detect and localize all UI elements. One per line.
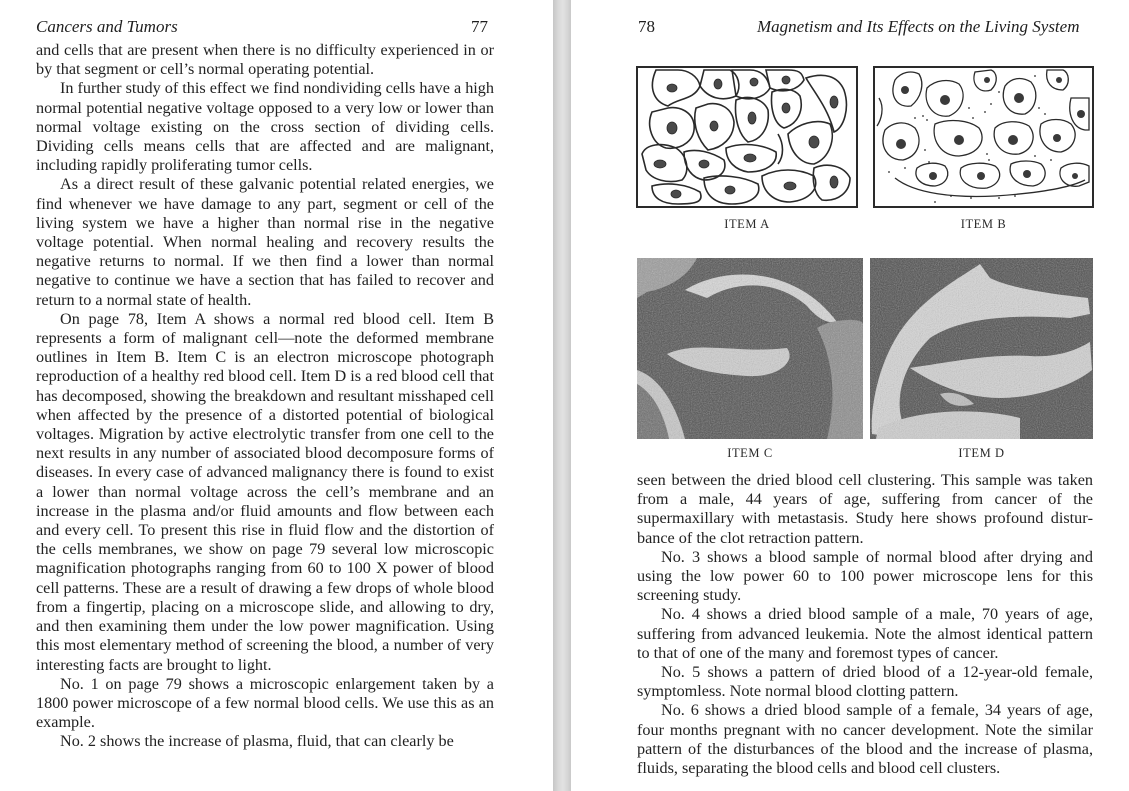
paragraph: No. 5 shows a pattern of dried blood of … [637,663,1093,701]
page-number: 78 [638,16,655,38]
body-text: and cells that are present when there is… [36,41,494,752]
cell-drawing-malignant [873,66,1094,208]
paragraph: In further study of this effect we find … [36,79,494,175]
paragraph: No. 6 shows a dried blood sample of a fe… [637,701,1093,778]
book-gutter [553,0,571,791]
paragraph: seen between the dried blood cell cluste… [637,471,1093,548]
healthy-red-blood-cell-photo [637,258,863,439]
body-text: seen between the dried blood cell cluste… [637,471,1093,778]
decomposed-red-blood-cell-photo [870,258,1093,439]
paragraph: No. 4 shows a dried blood sample of a ma… [637,605,1093,663]
paragraph: On page 78, Item A shows a normal red bl… [36,310,494,675]
normal-cells-illustration [638,68,856,206]
figure-label: ITEM D [870,446,1093,461]
paragraph: and cells that are present when there is… [36,41,494,79]
cell-drawing-normal [636,66,858,208]
figure-label: ITEM B [873,217,1094,232]
running-head-title: Cancers and Tumors [36,16,178,38]
paragraph: No. 1 on page 79 shows a microscopic enl… [36,675,494,733]
figure-label: ITEM C [637,446,863,461]
malignant-cells-illustration [875,68,1092,206]
left-page: Cancers and Tumors 77 and cells that are… [0,0,553,791]
figure-item-c: ITEM C [637,258,863,463]
figure-item-a: ITEM A [636,66,858,231]
paragraph: As a direct result of these galvanic pot… [36,175,494,309]
right-page: 78 Magnetism and Its Effects on the Livi… [571,0,1129,791]
figure-item-d: ITEM D [870,258,1093,463]
running-head-title: Magnetism and Its Effects on the Living … [757,16,1079,38]
paragraph: No. 3 shows a blood sample of normal blo… [637,548,1093,606]
figure-label: ITEM A [636,217,858,232]
paragraph: No. 2 shows the increase of plasma, flui… [36,732,494,751]
page-number: 77 [471,16,488,38]
electron-micrograph-healthy-cell [637,258,863,439]
electron-micrograph-decomposed-cell [870,258,1093,439]
figure-item-b: ITEM B [873,66,1094,231]
